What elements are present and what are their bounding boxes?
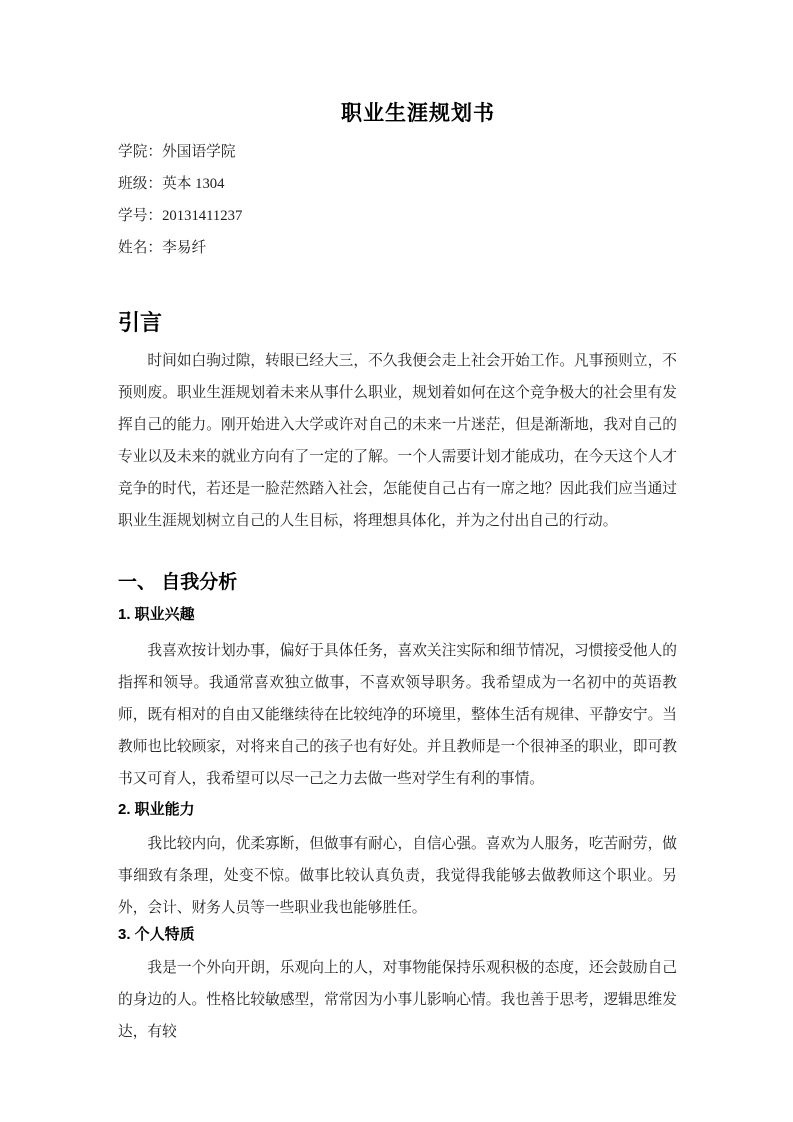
intro-heading: 引言 (118, 309, 162, 337)
section-self-analysis-heading: 一、 自我分析 (118, 569, 237, 597)
document-page: 职业生涯规划书 学院：外国语学院 班级：英本 1304 学号：201314112… (0, 0, 793, 1122)
subsection-career-ability-body: 我比较内向，优柔寡断，但做事有耐心，自信心强。喜欢为人服务，吃苦耐劳，做事细致有… (118, 828, 677, 924)
info-name: 姓名：李易纤 (118, 232, 677, 264)
subsection-career-ability-heading: 2. 职业能力 (118, 799, 195, 821)
subsection-personal-traits-heading: 3. 个人特质 (118, 924, 195, 946)
document-title: 职业生涯规划书 (118, 98, 718, 130)
subsection-career-interest-heading: 1. 职业兴趣 (118, 604, 195, 626)
intro-paragraph: 时间如白驹过隙，转眼已经大三，不久我便会走上社会开始工作。凡事预则立，不预则废。… (118, 345, 677, 537)
student-info-block: 学院：外国语学院 班级：英本 1304 学号：20131411237 姓名：李易… (118, 136, 677, 264)
info-student-id: 学号：20131411237 (118, 200, 677, 232)
info-class: 班级：英本 1304 (118, 168, 677, 200)
info-college: 学院：外国语学院 (118, 136, 677, 168)
subsection-personal-traits-body: 我是一个外向开朗，乐观向上的人，对事物能保持乐观积极的态度，还会鼓励自己的身边的… (118, 952, 677, 1048)
subsection-career-interest-body: 我喜欢按计划办事，偏好于具体任务，喜欢关注实际和细节情况，习惯接受他人的指挥和领… (118, 635, 677, 795)
